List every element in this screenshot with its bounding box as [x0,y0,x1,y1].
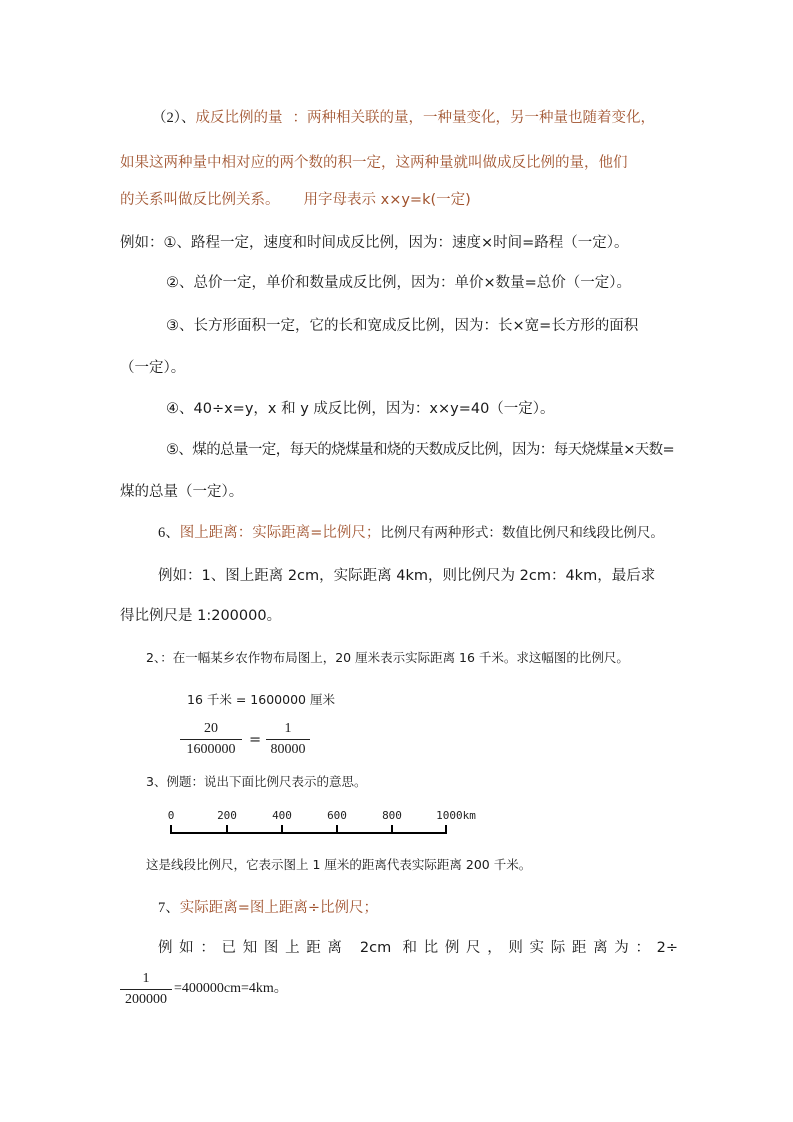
example-lead: 例如： [120,235,164,251]
section6-rest: 比例尺有两种形式：数值比例尺和线段比例尺。 [380,525,664,541]
fraction-right-denominator: 80000 [266,741,310,759]
example-item-1: ①、路程一定，速度和时间成反比例，因为：速度×时间=路程（一定）。 [164,235,629,251]
scale-label: 0 [168,809,175,822]
section6-example2: 2、：在一幅某乡农作物布局图上，20 厘米表示实际距离 16 千米。求这幅图的比… [146,648,629,668]
section6-example1-line2: 得比例尺是 1:200000。 [120,606,281,626]
section7-fraction-denominator: 200000 [120,991,172,1009]
example-item-3: ③、长方形面积一定，它的长和宽成反比例，因为：长×宽=长方形的面积 [166,316,638,336]
scale-tick [445,825,447,834]
section6-prefix: 6、 [158,525,180,541]
fraction-left-denominator: 1600000 [180,741,242,759]
scale-tick [226,825,228,834]
section6-example1-line1: 例如：1、图上距离 2cm，实际距离 4km，则比例尺为 2cm：4km，最后求 [158,566,655,586]
section7-heading: 7、实际距离=图上距离÷比例尺； [158,898,378,918]
fraction-left: 20 1600000 [180,720,242,759]
section6-example3-answer: 这是线段比例尺，它表示图上 1 厘米的距离代表实际距离 200 千米。 [146,855,531,875]
fraction-bar [266,739,310,740]
section6-example3: 3、例题：说出下面比例尺表示的意思。 [146,772,366,792]
fraction-right-numerator: 1 [266,720,310,738]
definition-line3-a: 的关系叫做反比例关系。 [120,192,280,208]
scale-axis [170,832,447,834]
example-1: 例如：①、路程一定，速度和时间成反比例，因为：速度×时间=路程（一定）。 [120,233,629,253]
fraction-bar [180,739,242,740]
formula-letters: 用字母表示 x×y=k(一定) [304,192,471,208]
section-heading: 成反比例的量 [196,110,283,126]
scale-tick [391,825,393,834]
section7-fraction-numerator: 1 [120,970,172,988]
section7-formula: 实际距离=图上距离÷比例尺； [180,900,378,916]
section6-formula: 图上距离：实际距离=比例尺； [180,525,381,541]
example-item-2: ②、总价一定，单价和数量成反比例，因为：单价×数量=总价（一定）。 [166,273,631,293]
fraction-bar [120,989,172,990]
definition-line3: 的关系叫做反比例关系。用字母表示 x×y=k(一定) [120,190,471,210]
unit-conversion: 16 千米 = 1600000 厘米 [187,690,335,710]
section7-fraction: 1 200000 [120,970,172,1009]
scale-label: 600 [327,809,347,822]
definition-line2: 如果这两种量中相对应的两个数的积一定，这两种量就叫做成反比例的量，他们 [120,153,628,173]
scale-tick [170,825,172,834]
example-item-5-cont: 煤的总量（一定）。 [120,482,243,502]
scale-label: 800 [382,809,402,822]
fraction-right: 1 80000 [266,720,310,759]
section7-example-line1: 例如：已知图上距离 2cm 和比例尺，则实际距离为：2÷ [158,938,678,958]
scale-label: 400 [272,809,292,822]
example-item-4: ④、40÷x=y，x 和 y 成反比例，因为：x×y=40（一定）。 [166,399,555,419]
section-inverse-line1: （2）、成反比例的量：两种相关联的量，一种量变化，另一种量也随着变化， [152,108,655,128]
definition-text: ：两种相关联的量，一种量变化，另一种量也随着变化， [293,110,656,126]
section-prefix: （2）、 [152,110,196,126]
scale-tick [281,825,283,834]
section7-result: =400000cm=4km。 [174,979,288,999]
fraction-left-numerator: 20 [180,720,242,738]
example-item-3-cont: （一定）。 [120,358,185,378]
section7-prefix: 7、 [158,900,180,916]
fraction-equals: = [249,730,261,750]
section6-heading: 6、图上距离：实际距离=比例尺；比例尺有两种形式：数值比例尺和线段比例尺。 [158,523,664,543]
scale-label: 200 [217,809,237,822]
example-item-5: ⑤、煤的总量一定，每天的烧煤量和烧的天数成反比例，因为：每天烧煤量×天数= [166,440,674,460]
scale-label: 1000km [436,809,476,822]
scale-tick [336,825,338,834]
